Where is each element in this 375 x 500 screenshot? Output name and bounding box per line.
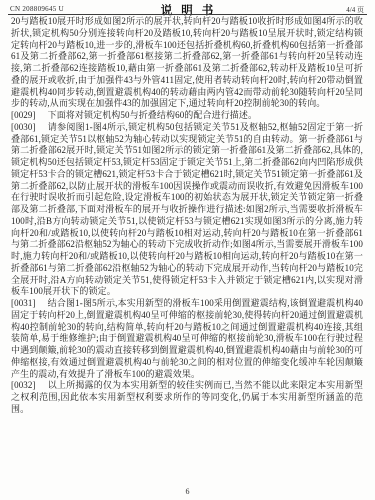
paragraph-number: [0032] xyxy=(11,380,48,390)
paragraph-text: 下面将对锁定机构50与折叠结构60的配合进行描述。 xyxy=(48,110,258,120)
specification-body: 20与踏板10展开时形成如图2所示的展开状,转向杆20与踏板10收折时形成如图4… xyxy=(11,16,363,416)
paragraph-text: 请参阅图1-图4所示,锁定机构50包括锁定关节51及枢轴52,枢轴52固定于第一… xyxy=(11,122,363,297)
page-footer: 6 xyxy=(0,487,375,496)
paragraph-number: [0029] xyxy=(11,110,48,120)
paragraph-text: 以上所揭露的仅为本实用新型的较佳实例而已,当然不能以此来限定本实用新型之权利范围… xyxy=(11,380,363,414)
paragraph-text: 结合图1-图5所示,本实用新型的滑板车100采用倒置避震结构,该倒置避震机构40… xyxy=(11,298,363,379)
paragraph: 20与踏板10展开时形成如图2所示的展开状,转向杆20与踏板10收折时形成如图4… xyxy=(11,16,363,110)
paragraph-text: 20与踏板10展开时形成如图2所示的展开状,转向杆20与踏板10收折时形成如图4… xyxy=(11,16,363,108)
paragraph: [0030]请参阅图1-图4所示,锁定机构50包括锁定关节51及枢轴52,枢轴5… xyxy=(11,122,363,298)
doc-number: CN 208809645 U xyxy=(10,5,64,13)
page-number: 6 xyxy=(186,487,190,496)
paragraph-number: [0030] xyxy=(11,122,48,132)
paragraph: [0029]下面将对锁定机构50与折叠结构60的配合进行描述。 xyxy=(11,110,363,122)
paragraph: [0031]结合图1-图5所示,本实用新型的滑板车100采用倒置避震结构,该倒置… xyxy=(11,298,363,380)
paragraph: [0032]以上所揭露的仅为本实用新型的较佳实例而已,当然不能以此来限定本实用新… xyxy=(11,380,363,415)
header-rule xyxy=(8,14,367,15)
paragraph-number: [0031] xyxy=(11,298,48,308)
patent-specification-page: CN 208809645 U 说明书 4/4 页 20与踏板10展开时形成如图2… xyxy=(0,0,375,500)
